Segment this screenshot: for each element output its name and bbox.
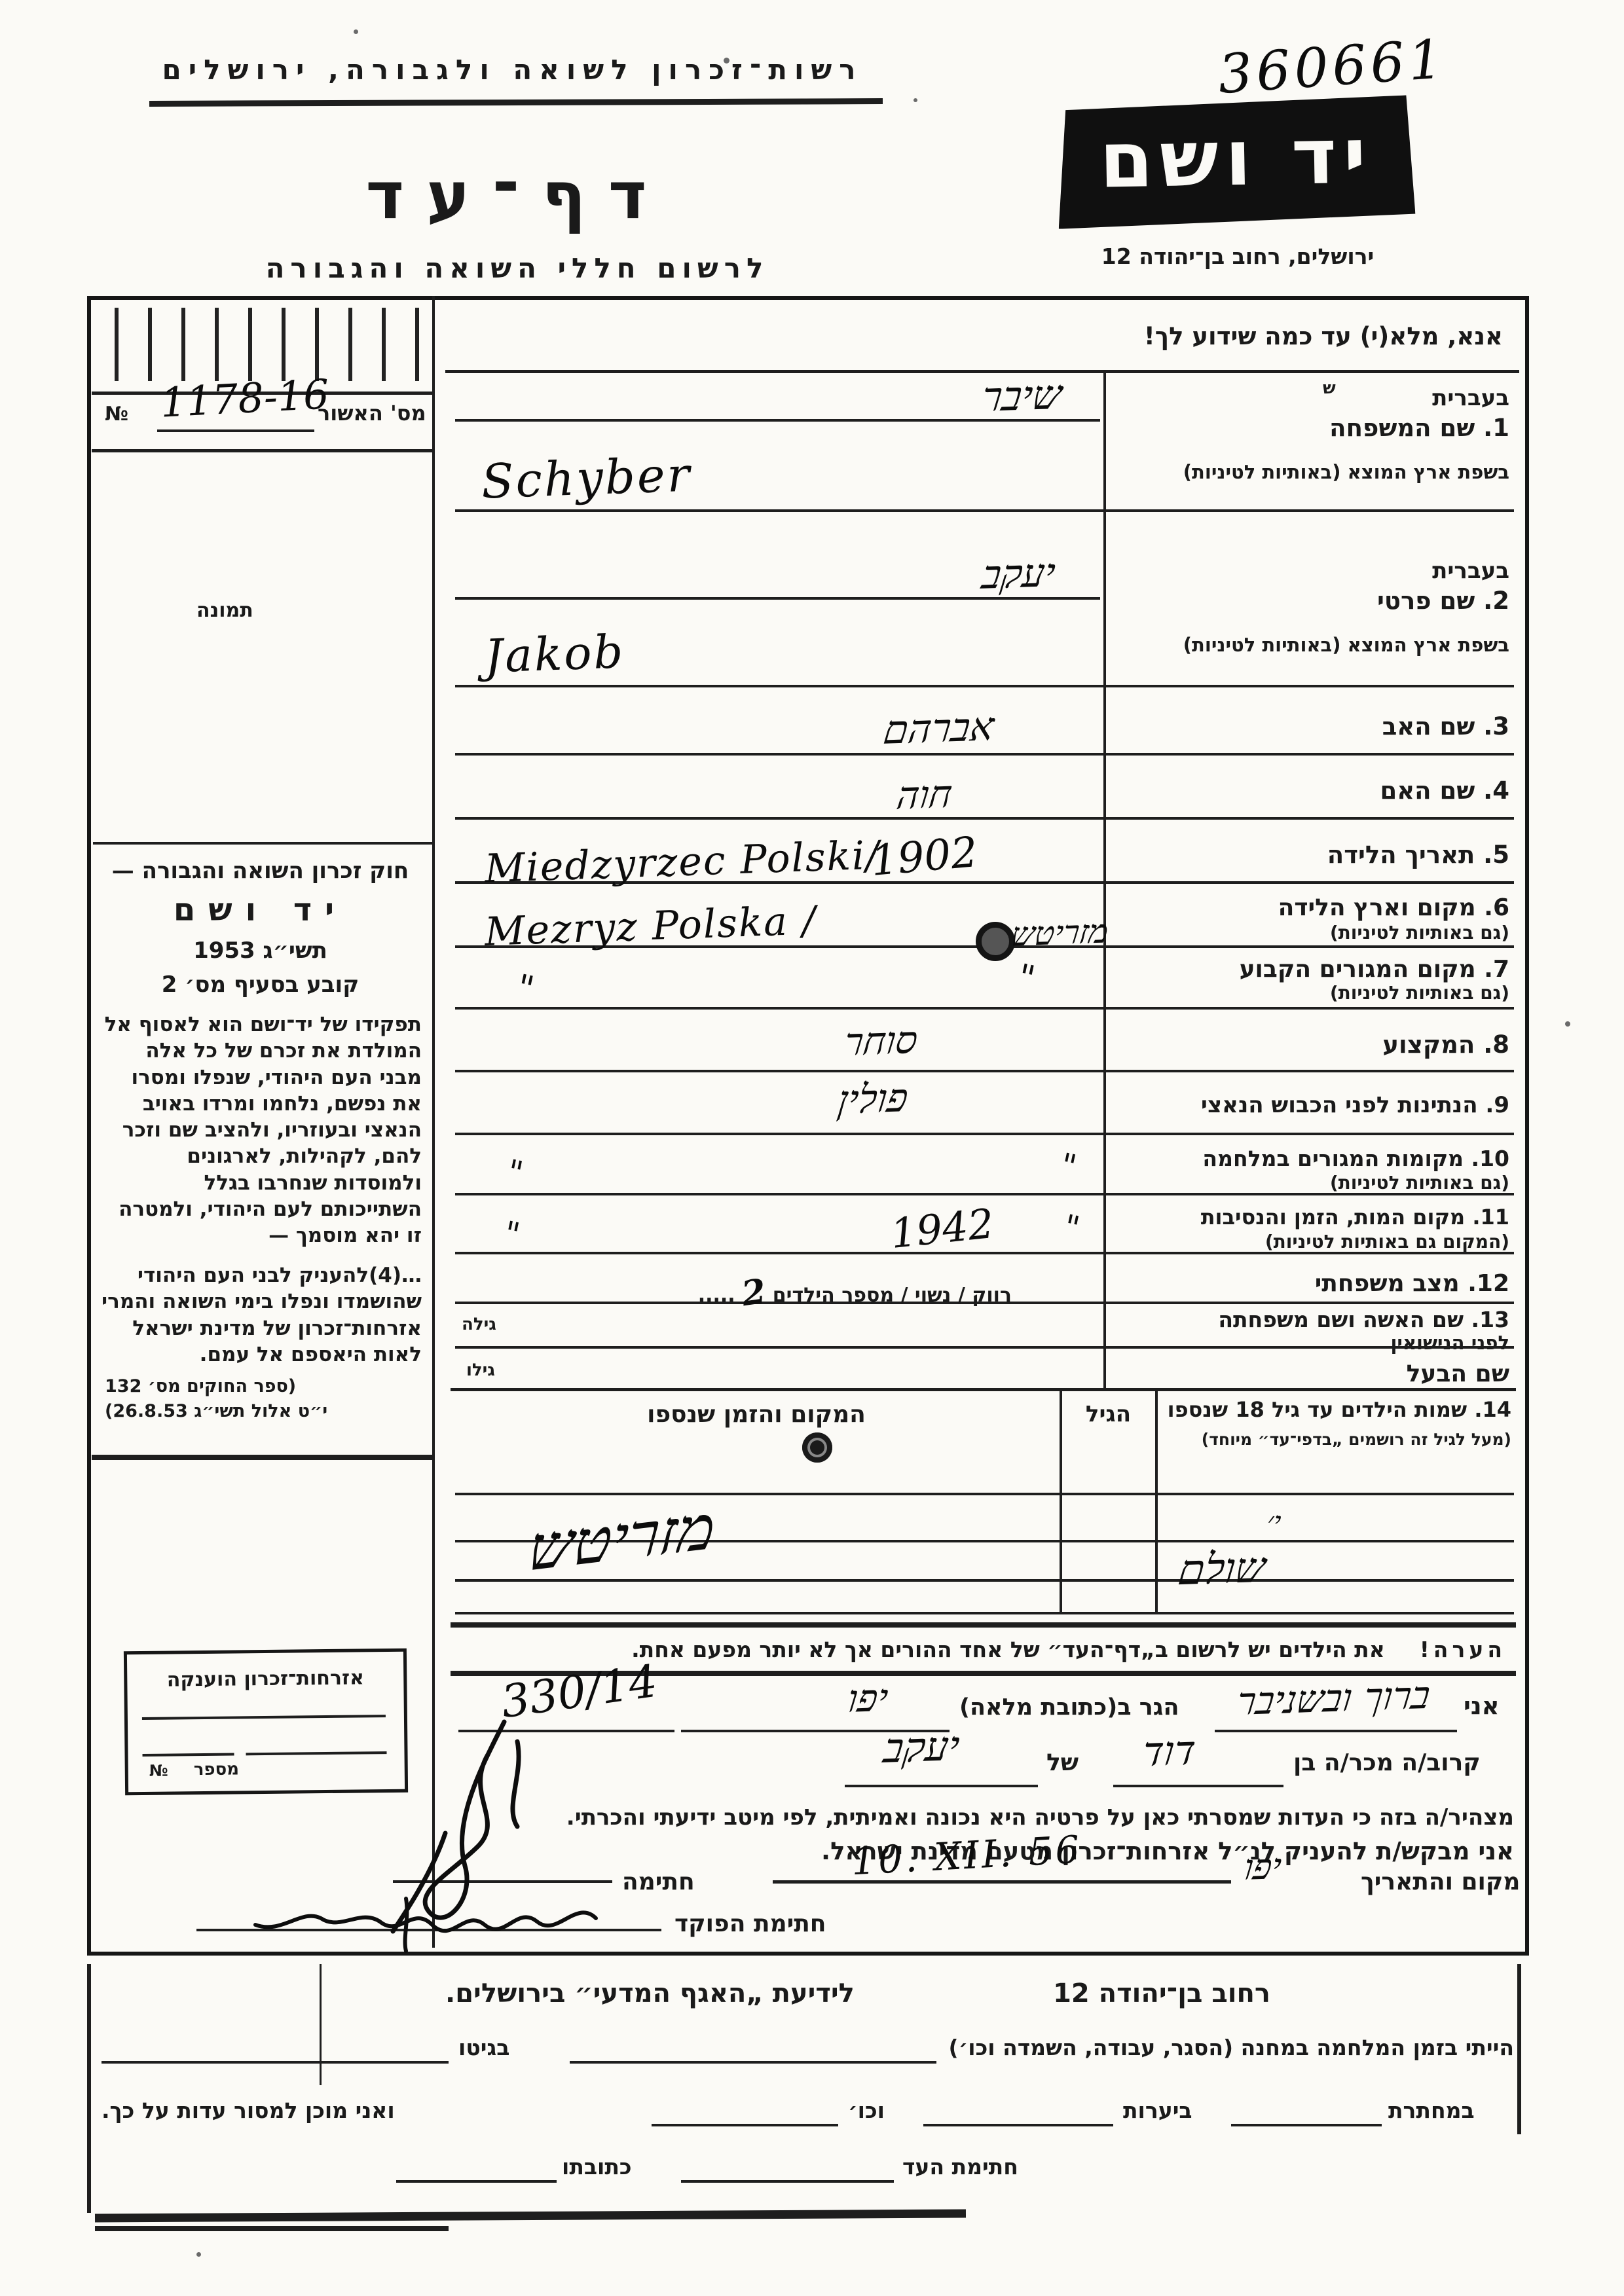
place-date-line — [773, 1880, 1231, 1884]
table-header-children: 14. שמות הילדים עד גיל 18 שנספו — [1162, 1397, 1511, 1422]
hw-declaration-place: יפו — [1242, 1846, 1283, 1888]
declaration-relative-label: קרוב/ה מכר/ה בן — [1293, 1749, 1481, 1776]
bottom-thick-bar — [95, 2210, 966, 2223]
form-title: דף־עד — [354, 157, 681, 234]
citizenship-granted-box: אזרחות־זכרון הוענקה מספר № — [124, 1649, 408, 1796]
bottom-section-left-border — [87, 1964, 91, 2213]
underground-blank-line — [1231, 2124, 1382, 2126]
write-line-family-latin — [455, 509, 1514, 512]
official-signature-scrawl — [242, 1886, 609, 1958]
note-band-top-line — [451, 1622, 1516, 1628]
citizenship-granted-title: אזרחות־זכרון הוענקה — [127, 1666, 403, 1692]
witness-signature-blank-line — [681, 2180, 894, 2183]
field12-label: 12. מצב משפחתי — [1113, 1270, 1509, 1297]
table-row-line-3 — [455, 1612, 1514, 1614]
ink-blot-residence — [976, 922, 1015, 961]
field2-label: 2. שם פרטי — [1113, 587, 1509, 615]
field1-label: 1. שם המשפחה — [1113, 414, 1509, 442]
form-subtitle: לרשום חללי השואה והגבורה — [252, 252, 783, 284]
husband-name-label: שם הבעל — [1113, 1360, 1509, 1387]
write-line-wife — [455, 1346, 1514, 1349]
scan-speckle — [354, 29, 358, 34]
left-column-rule-3 — [92, 1455, 432, 1460]
hw-witness-city: יפו — [845, 1675, 891, 1721]
hw-citizenship: פולין — [835, 1075, 910, 1123]
field2-sublabel: בשפת ארץ המוצא (באותיות לטיניות) — [1113, 634, 1509, 656]
declaration-resides-label: הגר ב(כתובת מלאה) — [959, 1694, 1179, 1721]
write-line-mother — [455, 817, 1514, 820]
fill-request-instruction: אנא, מלא(י) עד כמה שידוע לך! — [1113, 322, 1503, 350]
law-clause-4: …(4)להעניק לבני העם היהודי שהושמדו ונפלו… — [100, 1262, 422, 1368]
field1-hebrew-caption: בעברית — [1113, 385, 1509, 411]
hw-birth-year: 1902 — [869, 828, 980, 886]
citizenship-box-number-label: מספר — [194, 1759, 240, 1779]
camp-line-label: הייתי בזמן המלחמה במחנה (הסגר, עבודה, הש… — [946, 2035, 1514, 2060]
forests-label: ביערות — [1123, 2098, 1192, 2123]
law-source-line-1: (ספר החוקים מס׳ 132 — [105, 1376, 296, 1396]
note-title: הערה! — [1420, 1637, 1506, 1662]
table-header-place: המקום והזמן שנספו — [458, 1401, 1054, 1428]
declaration-of-label: של — [1046, 1749, 1079, 1776]
hw-children-count: 2 — [739, 1271, 768, 1314]
approval-number-label: מס' האשור — [318, 401, 426, 426]
field13-label: 13. שם האשה ושם משפחתה — [1113, 1307, 1509, 1332]
forests-blank-line — [923, 2124, 1113, 2126]
citizenship-box-line-small-2 — [246, 1751, 386, 1755]
yad-vashem-logo-text: יד ושם — [1057, 109, 1415, 206]
table-header-children-sub: (מעל לגיל זה רושמים „בדפי־עד״ מיוחד) — [1162, 1430, 1511, 1449]
authority-header: רשות־זכרון לשואה ולגבורה, ירושלים — [121, 54, 904, 86]
write-line-death — [455, 1252, 1514, 1254]
law-logo-text: יד ושם — [98, 892, 422, 928]
field6-label: 6. מקום וארץ הלידה — [1113, 894, 1509, 921]
write-line-citizenship — [455, 1133, 1514, 1135]
yad-vashem-logo: יד ושם — [1056, 95, 1415, 228]
note-band: הערה! את הילדים יש לרשום ב„דף־העד״ של אח… — [458, 1637, 1506, 1662]
left-column-divider — [432, 296, 435, 1948]
table-header-age: הגיל — [1061, 1401, 1156, 1427]
law-heading: חוק זכרון השואה והגבורה — — [98, 858, 422, 884]
law-year: תשי״ג 1953 — [98, 938, 422, 964]
bottom-section-header: לידיעת „האגף המדעי״ בירושלים. רחוב בן־יה… — [445, 1978, 1270, 2009]
field7-label: 7. מקום המגורים הקבוע — [1113, 956, 1509, 983]
bottom-section-right-border — [1517, 1964, 1521, 2134]
bottom-header-left: רחוב בן־יהודה 12 — [1053, 1978, 1270, 2009]
hw-mother-name: חוה — [895, 772, 955, 818]
note-text: את הילדים יש לרשום ב„דף־העד״ של אחד ההור… — [631, 1637, 1385, 1662]
citizenship-box-numero-sign: № — [149, 1762, 168, 1780]
field8-label: 8. המקצוע — [1113, 1030, 1509, 1059]
hw-child-name: שולם — [1175, 1544, 1268, 1595]
field9-label: 9. הנתינות לפני הכבוש הנאצי — [1113, 1092, 1509, 1118]
field10-label: 10. מקומות המגורים במלחמה — [1113, 1146, 1509, 1171]
write-line-husband-table-top — [451, 1388, 1516, 1391]
field4-label: 4. שם האם — [1113, 776, 1509, 805]
field6-sublabel: (גם באותיות לטיניות) — [1113, 922, 1509, 943]
marital-status-options: רווק / נשוי / מספר הילדים 2 ..... — [619, 1270, 1012, 1310]
numero-sign: № — [105, 403, 128, 426]
scan-speckle — [913, 98, 917, 102]
her-age-label: גילה — [462, 1315, 496, 1334]
logo-address: ירושלים, רחוב בן־יהודה 12 — [1022, 244, 1454, 269]
declaration-name-line — [1215, 1730, 1457, 1732]
table-header-underline — [455, 1493, 1514, 1495]
marital-options-dots: ..... — [698, 1284, 735, 1307]
ghetto-label: בגיטו — [458, 2035, 509, 2060]
witness-address-blank-line — [396, 2180, 557, 2183]
field7-sublabel: (גם באותיות לטיניות) — [1113, 982, 1509, 1004]
place-and-date-label: מקום והתאריך — [1361, 1868, 1520, 1895]
tally-marks-box — [115, 308, 419, 381]
photo-label: תמונה — [196, 599, 253, 622]
hw-relation: דוד — [1139, 1726, 1198, 1777]
write-line-father — [455, 753, 1514, 756]
etc-label: וכו׳ — [848, 2098, 885, 2123]
scan-speckle — [196, 2252, 201, 2257]
field13-sublabel: לפני הנישואין — [1113, 1332, 1509, 1354]
declaration-statement: מצהיר/ה בזה כי העדות שמסרתי כאן על פרטיה… — [452, 1804, 1514, 1831]
relation-of-line — [845, 1785, 1038, 1787]
bottom-section-tick-line — [320, 1964, 322, 2085]
write-line-profession — [455, 1070, 1514, 1072]
his-age-label: גילו — [466, 1360, 495, 1380]
law-section-intro: קובע בסעיף מס׳ 2 — [98, 972, 422, 998]
law-body-paragraph: תפקידו של יד־ושם הוא לאסוף אל המולדת את … — [100, 1011, 422, 1249]
hw-family-name-hebrew: שיבר — [979, 371, 1064, 422]
field2-hebrew-caption: בעברית — [1113, 558, 1509, 584]
hw-family-name-latin: Schyber — [481, 446, 693, 509]
camp-blank-line — [570, 2061, 936, 2064]
left-column-rule-1 — [92, 449, 432, 452]
write-line-first-latin — [455, 685, 1514, 687]
citizenship-box-line-small-1 — [143, 1753, 234, 1757]
approval-number-underline — [157, 429, 314, 432]
form-top-rule — [445, 370, 1519, 373]
hw-residence-hebrew: מזריטש — [1009, 912, 1111, 953]
approval-number-handwritten: 1178-16 — [159, 370, 330, 426]
field3-label: 3. שם האב — [1113, 712, 1509, 740]
hw-relation-of: יעקב — [881, 1722, 962, 1773]
bottom-header-right: לידיעת „האגף המדעי״ בירושלים. — [445, 1978, 855, 2009]
witness-signature-bottom-label: חתימת העד — [902, 2154, 1018, 2179]
left-column-rule-2 — [93, 842, 432, 845]
serial-number-handwritten: 360661 — [1216, 28, 1449, 106]
field5-label: 5. תאריך הלידה — [1113, 841, 1509, 869]
citizenship-box-line — [142, 1715, 386, 1720]
declaration-request: אני מבקש/ת להעניק לנ״ל אזרחות־זכרון מטעם… — [714, 1837, 1514, 1865]
ready-to-testify-label: ואני מוכן למסור עדות על כך. — [101, 2098, 395, 2123]
underground-label: במחתרת — [1388, 2098, 1475, 2123]
write-line-war-residence — [455, 1193, 1514, 1195]
declaration-i-label: אני — [1464, 1692, 1500, 1720]
signature-label: חתימה — [622, 1868, 695, 1895]
field11-sublabel: (המקום גם באותיות לטיניות) — [1113, 1231, 1509, 1252]
scanned-testimony-page: 360661 רשות־זכרון לשואה ולגבורה, ירושלים… — [0, 0, 1624, 2296]
hw-father-name: אברהם — [881, 704, 996, 754]
etc-blank-line — [652, 2124, 838, 2126]
table-row-line-2 — [455, 1579, 1514, 1582]
relation-line — [1113, 1785, 1283, 1787]
field10-sublabel: (גם באותיות לטיניות) — [1113, 1172, 1509, 1194]
bottom-thick-bar-2 — [95, 2226, 449, 2231]
field1-sublabel: בשפת ארץ המוצא (באותיות לטיניות) — [1113, 461, 1509, 483]
header-underline — [149, 98, 883, 107]
hw-witness-name: ברוך ובשניבר — [1234, 1673, 1432, 1724]
hw-profession: סוחר — [842, 1017, 921, 1065]
law-source-line-2: י״ט אלול תשי״ג 26.8.53) — [105, 1401, 327, 1421]
marital-options-text: רווק / נשוי / מספר הילדים — [773, 1284, 1012, 1307]
ghetto-blank-line — [101, 2061, 449, 2064]
official-signature-label: חתימת הפוקד — [674, 1910, 826, 1937]
label-column-divider — [1103, 370, 1106, 1388]
scan-speckle — [1565, 1021, 1570, 1027]
field11-label: 11. מקום המות, הזמן והנסיבות — [1113, 1205, 1509, 1230]
ink-blot-table-header — [802, 1432, 832, 1463]
write-line-residence — [455, 1007, 1514, 1010]
hw-first-name-hebrew: יעקב — [979, 550, 1058, 598]
witness-address-label: כתובתו — [562, 2154, 632, 2179]
hw-first-name-latin: Jakob — [484, 625, 626, 683]
